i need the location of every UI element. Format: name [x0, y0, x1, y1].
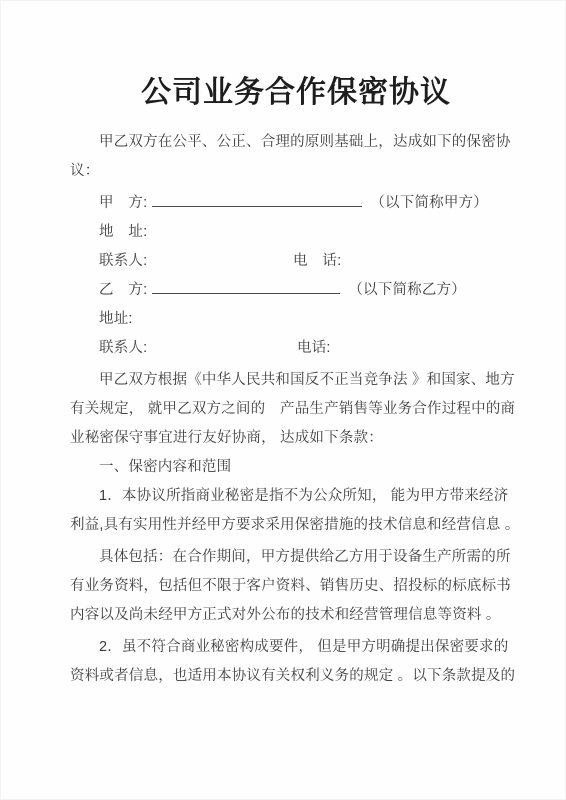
- document-content: 公司业务合作保密协议 甲乙双方在公平、公正、合理的原则基础上，达成如下的保密协议…: [0, 0, 566, 800]
- party-a-address-label: 地 址:: [99, 224, 147, 240]
- party-a-contact-label: 联系人:: [99, 253, 147, 269]
- party-a-phone-label: 电 话:: [293, 247, 341, 276]
- party-a-name-blank: [152, 191, 362, 207]
- party-b-contact-row: 联系人: 电话:: [70, 334, 522, 363]
- party-b-note: （以下简称乙方）: [348, 282, 466, 298]
- party-b-address-label: 地址:: [99, 311, 133, 327]
- party-a-label: 甲 方:: [99, 195, 147, 211]
- agreement-document-page: 公司业务合作保密协议 甲乙双方在公平、公正、合理的原则基础上，达成如下的保密协议…: [0, 0, 566, 800]
- party-a-row: 甲 方:（以下简称甲方）: [70, 189, 522, 218]
- party-b-label: 乙 方:: [99, 282, 147, 298]
- intro-paragraph: 甲乙双方在公平、公正、合理的原则基础上，达成如下的保密协议：: [70, 128, 522, 186]
- party-b-name-blank: [152, 278, 340, 294]
- party-a-address-row: 地 址:: [70, 218, 522, 247]
- clause-2-paragraph: 2．虽不符合商业秘密构成要件， 但是甲方明确提出保密要求的资料或者信息，也适用本…: [70, 633, 522, 691]
- parties-form-block: 甲 方:（以下简称甲方） 地 址: 联系人: 电 话: 乙 方:（以下简称乙方）…: [70, 189, 522, 363]
- party-b-phone-label: 电话:: [297, 334, 331, 363]
- party-b-address-row: 地址:: [70, 305, 522, 334]
- party-a-note: （以下简称甲方）: [370, 195, 488, 211]
- section-1-heading: 一、保密内容和范围: [70, 453, 522, 482]
- party-b-contact-label: 联系人:: [99, 340, 147, 356]
- legal-basis-paragraph: 甲乙双方根据《中华人民共和国反不正当竞争法 》和国家、地方有关规定， 就甲乙双方…: [70, 366, 522, 453]
- party-a-contact-row: 联系人: 电 话:: [70, 247, 522, 276]
- party-b-row: 乙 方:（以下简称乙方）: [70, 276, 522, 305]
- document-title: 公司业务合作保密协议: [70, 74, 522, 112]
- clause-1-paragraph: 1．本协议所指商业秘密是指不为公众所知， 能为甲方带来经济利益,具有实用性并经甲…: [70, 482, 522, 540]
- clause-1-detail-paragraph: 具体包括：在合作期间，甲方提供给乙方用于设备生产所需的所有业务资料，包括但不限于…: [70, 543, 522, 630]
